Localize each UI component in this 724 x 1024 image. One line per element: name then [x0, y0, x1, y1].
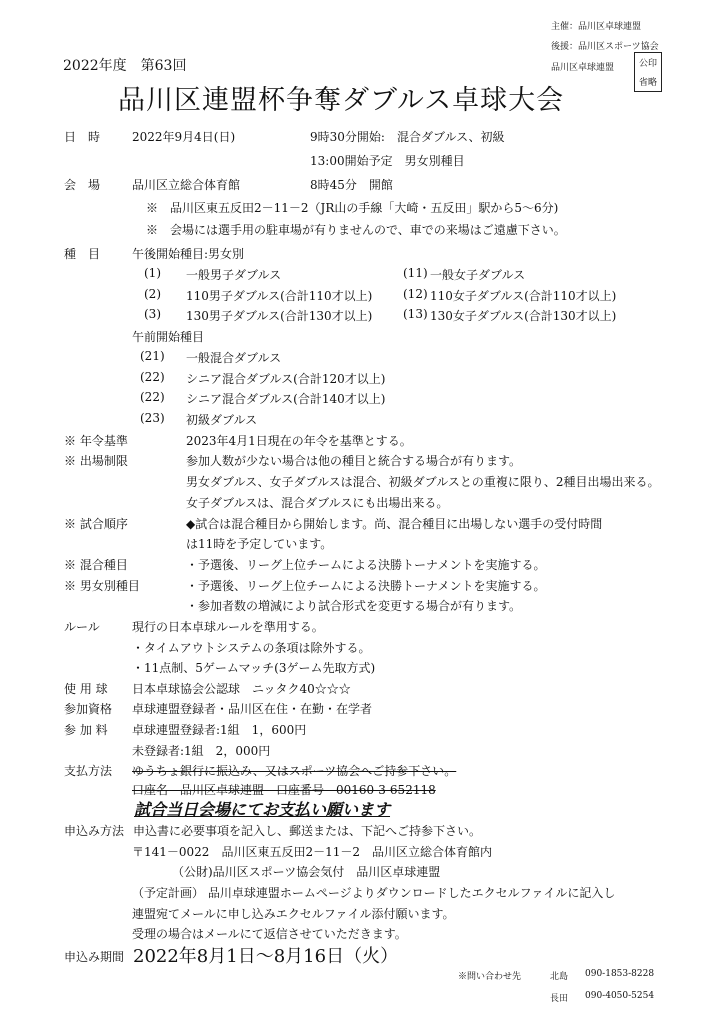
- gender-events-text: ・予選後、リーグ上位チームによる決勝トーナメントを実施する。: [186, 577, 546, 594]
- gender-events-text: ・参加者数の増減により試合形式を変更する場合が有ります。: [186, 597, 521, 614]
- age-basis-text: 2023年4月1日現在の年令を基準とする。: [186, 432, 412, 449]
- morning-heading: 午前開始種目: [132, 328, 204, 345]
- event-no: (1): [144, 266, 161, 280]
- contact-name: 長田: [550, 991, 568, 1004]
- application-period-label: 申込み期間: [64, 948, 124, 965]
- application-address: 〒141－0022 品川区東五反田2－11－2 品川区立総合体育館内: [132, 843, 492, 860]
- contact-phone: 090-1853-8228: [585, 969, 654, 979]
- issuer-text: 品川区卓球連盟: [551, 60, 614, 73]
- rules-text: ・11点制、5ゲームマッチ(3ゲーム先取方式): [132, 659, 375, 676]
- event-name: 初級ダブルス: [186, 411, 257, 428]
- event-no: (22): [140, 370, 165, 384]
- afternoon-heading: 午後開始種目:男女別: [132, 245, 244, 262]
- rules-text: 現行の日本卓球ルールを準用する。: [132, 618, 324, 635]
- event-name: 130女子ダブルス(合計130才以上): [430, 307, 616, 324]
- venue-open: 8時45分 開館: [310, 176, 393, 193]
- contact-label: ※問い合わせ先: [458, 969, 521, 982]
- event-name: 一般男子ダブルス: [186, 266, 281, 283]
- entry-limit-text: 参加人数が少ない場合は他の種目と統合する場合が有ります。: [186, 452, 521, 469]
- event-no: (21): [140, 349, 165, 363]
- venue-name: 品川区立総合体育館: [132, 176, 240, 193]
- application-care-of: （公財)品川区スポーツ協会気付 品川区卓球連盟: [172, 863, 440, 880]
- venue-parking-note: ※ 会場には選手用の駐車場が有りませんので、車での来場はご遠慮下さい。: [146, 221, 566, 238]
- age-basis-label: ※ 年令基準: [64, 432, 128, 449]
- ball-label: 使 用 球: [64, 680, 108, 697]
- contact-phone: 090-4050-5254: [585, 991, 654, 1001]
- schedule-label: 日 時: [64, 128, 100, 145]
- fee-unregistered: 未登録者:1組 2，000円: [132, 742, 270, 759]
- event-name: 130男子ダブルス(合計130才以上): [186, 307, 372, 324]
- event-name: 110女子ダブルス(合計110才以上): [430, 287, 616, 304]
- seal-text-1: 公印: [639, 56, 657, 69]
- application-plan: 受理の場合はメールにて返信させていただきます。: [132, 925, 407, 942]
- year-edition: 2022年度 第63回: [63, 55, 186, 75]
- event-no: (12): [403, 287, 428, 301]
- rules-text: ・タイムアウトシステムの条項は除外する。: [132, 639, 371, 656]
- mixed-events-text: ・予選後、リーグ上位チームによる決勝トーナメントを実施する。: [186, 556, 546, 573]
- event-no: (11): [403, 266, 428, 280]
- payment-bank-struck: ゆうちょ銀行に振込み、又はスポーツ協会へご持参下さい。: [132, 762, 456, 779]
- fee-registered: 卓球連盟登録者:1組 1，600円: [132, 721, 306, 738]
- rules-label: ルール: [64, 618, 100, 635]
- event-no: (2): [144, 287, 161, 301]
- match-order-label: ※ 試合順序: [64, 515, 128, 532]
- application-plan: （予定計画） 品川卓球連盟ホームページよりダウンロードしたエクセルファイルに記入…: [132, 884, 615, 901]
- schedule-time-1: 9時30分開始: 混合ダブルス、初級: [310, 128, 504, 145]
- event-name: 110男子ダブルス(合計110才以上): [186, 287, 372, 304]
- seal-text-2: 省略: [639, 75, 657, 88]
- application-text: 申込書に必要事項を記入し、郵送または、下記へご持参下さい。: [133, 822, 481, 839]
- contact-name: 北島: [550, 969, 568, 982]
- mixed-events-label: ※ 混合種目: [64, 556, 128, 573]
- official-seal-box: 公印 省略: [634, 52, 662, 92]
- application-label: 申込み方法: [64, 822, 124, 839]
- schedule-time-2: 13:00開始予定 男女別種目: [310, 152, 465, 169]
- payment-label: 支払方法: [64, 762, 112, 779]
- match-order-text: は11時を予定しています。: [186, 535, 332, 552]
- event-name: 一般混合ダブルス: [186, 349, 281, 366]
- event-name: シニア混合ダブルス(合計120才以上): [186, 370, 385, 387]
- payment-account-struck: 口座名 品川区卓球連盟 口座番号 00160-3-652118: [132, 781, 436, 798]
- venue-label: 会 場: [64, 176, 100, 193]
- event-no: (23): [140, 411, 165, 425]
- application-period: 2022年8月1日～8月16日（火）: [133, 942, 398, 968]
- payment-on-site-notice: 試合当日会場にてお支払い願います: [134, 797, 390, 820]
- application-plan: 連盟宛てメールに申し込みエクセルファイル添付願います。: [132, 905, 455, 922]
- eligibility-text: 卓球連盟登録者・品川区在住・在勤・在学者: [132, 700, 372, 717]
- events-label: 種 目: [64, 245, 100, 262]
- fee-label: 参 加 料: [64, 721, 108, 738]
- gender-events-label: ※ 男女別種目: [64, 577, 140, 594]
- venue-address-note: ※ 品川区東五反田2－11－2（JR山の手線「大崎・五反田」駅から5～6分): [146, 199, 558, 216]
- match-order-text: ◆試合は混合種目から開始します。尚、混合種目に出場しない選手の受付時間: [186, 515, 602, 532]
- event-no: (22): [140, 390, 165, 404]
- entry-limit-label: ※ 出場制限: [64, 452, 128, 469]
- page-title: 品川区連盟杯争奪ダブルス卓球大会: [118, 78, 564, 117]
- organizer-text: 主催：品川区卓球連盟: [551, 19, 641, 32]
- schedule-date: 2022年9月4日(日): [132, 128, 235, 145]
- event-name: 一般女子ダブルス: [430, 266, 525, 283]
- eligibility-label: 参加資格: [64, 700, 112, 717]
- entry-limit-text: 女子ダブルスは、混合ダブルスにも出場出来る。: [186, 494, 448, 511]
- event-name: シニア混合ダブルス(合計140才以上): [186, 390, 385, 407]
- supporter-text: 後援：品川区スポーツ協会: [551, 39, 659, 52]
- event-no: (13): [403, 307, 428, 321]
- entry-limit-text: 男女ダブルス、女子ダブルスは混合、初級ダブルスとの重複に限り、2種目出場出来る。: [186, 473, 659, 490]
- event-no: (3): [144, 307, 161, 321]
- ball-text: 日本卓球協会公認球 ニッタク40☆☆☆: [132, 680, 351, 697]
